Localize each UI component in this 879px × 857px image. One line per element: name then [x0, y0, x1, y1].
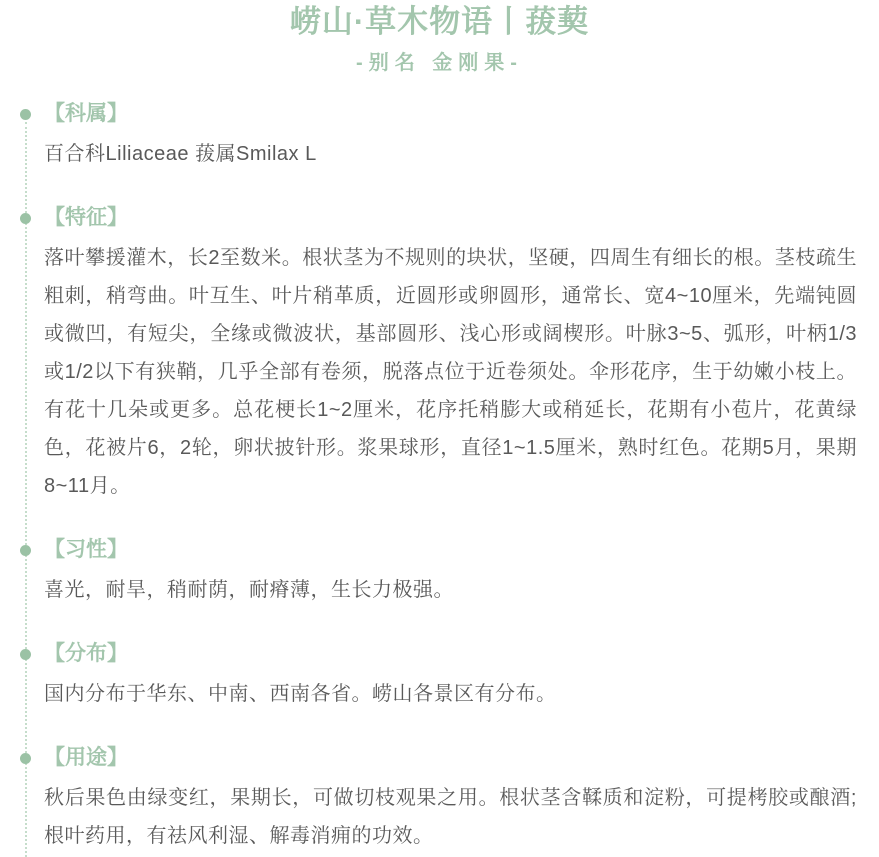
section-heading-label: 【用途】 [44, 746, 128, 769]
section-heading-label: 【科属】 [44, 102, 128, 125]
section-heading: 【用途】 [44, 746, 857, 770]
page-subtitle: -别名 金刚果- [0, 52, 879, 75]
section-heading: 【科属】 [44, 102, 857, 126]
section-body-text: 百合科Liliaceae 菝属Smilax L [44, 135, 857, 173]
page-title: 崂山·草木物语丨菝葜 [0, 4, 879, 40]
section-habits: 【习性】 喜光，耐旱，稍耐荫，耐瘠薄，生长力极强。 [44, 538, 857, 609]
section-heading-label: 【习性】 [44, 538, 128, 561]
bullet-dot-icon [20, 753, 31, 764]
article-page: 崂山·草木物语丨菝葜 -别名 金刚果- 【科属】 百合科Liliaceae 菝属… [0, 0, 879, 857]
section-body-text: 国内分布于华东、中南、西南各省。崂山各景区有分布。 [44, 675, 857, 713]
bullet-dot-icon [20, 213, 31, 224]
sections-container: 【科属】 百合科Liliaceae 菝属Smilax L 【特征】 落叶攀援灌木… [0, 102, 879, 855]
section-body-text: 喜光，耐旱，稍耐荫，耐瘠薄，生长力极强。 [44, 571, 857, 609]
section-heading: 【习性】 [44, 538, 857, 562]
section-heading-label: 【特征】 [44, 206, 128, 229]
bullet-dot-icon [20, 109, 31, 120]
doc-header: 崂山·草木物语丨菝葜 -别名 金刚果- [0, 0, 879, 75]
section-body-text: 秋后果色由绿变红，果期长，可做切枝观果之用。根状茎含鞣质和淀粉，可提栲胶或酿酒;… [44, 779, 857, 855]
section-heading: 【特征】 [44, 206, 857, 230]
section-distribution: 【分布】 国内分布于华东、中南、西南各省。崂山各景区有分布。 [44, 642, 857, 713]
section-heading-label: 【分布】 [44, 642, 128, 665]
bullet-dot-icon [20, 545, 31, 556]
section-family-genus: 【科属】 百合科Liliaceae 菝属Smilax L [44, 102, 857, 173]
section-uses: 【用途】 秋后果色由绿变红，果期长，可做切枝观果之用。根状茎含鞣质和淀粉，可提栲… [44, 746, 857, 855]
section-characteristics: 【特征】 落叶攀援灌木，长2至数米。根状茎为不规则的块状，坚硬，四周生有细长的根… [44, 206, 857, 505]
bullet-dot-icon [20, 649, 31, 660]
section-heading: 【分布】 [44, 642, 857, 666]
section-body-text: 落叶攀援灌木，长2至数米。根状茎为不规则的块状，坚硬，四周生有细长的根。茎枝疏生… [44, 239, 857, 505]
